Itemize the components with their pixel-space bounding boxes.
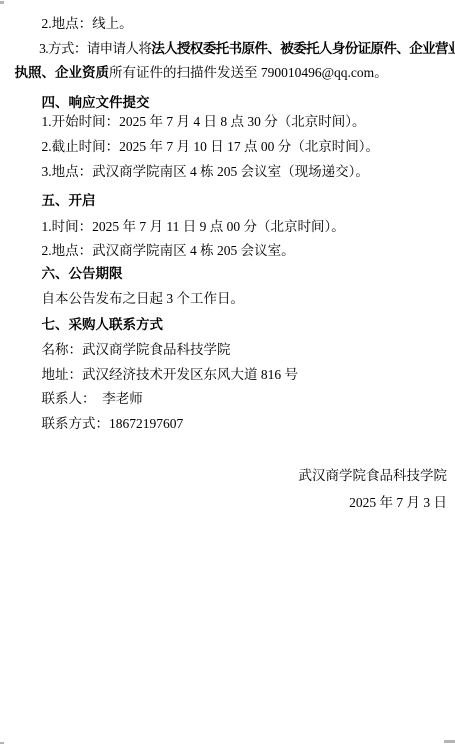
scrollbar-fragment-bottom-right <box>444 740 455 743</box>
method-suffix-period: 。 <box>374 65 388 80</box>
signature-date-text: 2025 年 7 月 3 日 <box>349 495 447 510</box>
email-text: 790010496@qq.com <box>261 65 374 80</box>
submission-location-text: 3.地点：武汉商学院南区 4 栋 205 会议室（现场递交）。 <box>42 164 369 179</box>
screen-artifact-bottom-left <box>0 742 4 744</box>
signature-date: 2025 年 7 月 3 日 <box>336 482 447 524</box>
document-page: 2.地点：线上。 3.方式：请申请人将法人授权委托书原件、被委托人身份证原件、企… <box>0 0 455 747</box>
method-required-docs-2: 执照、企业资质 <box>15 65 110 80</box>
contact-phone-text: 联系方式：18672197607 <box>42 416 184 431</box>
screen-artifact-top-left <box>0 1 4 4</box>
contact-phone: 联系方式：18672197607 <box>28 403 183 445</box>
method-suffix-text: 所有证件的扫描件发送至 <box>109 65 261 80</box>
